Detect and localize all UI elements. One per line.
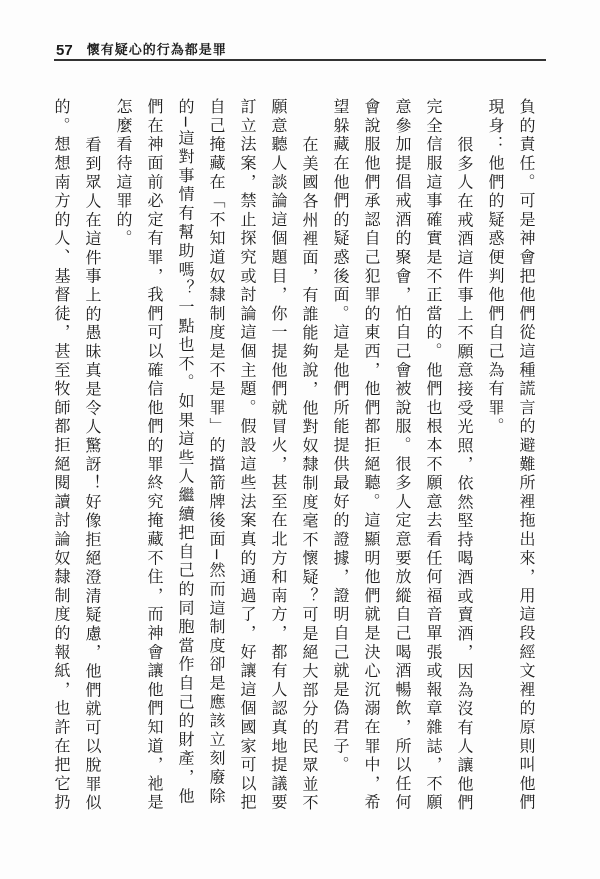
header-rule-divider (54, 59, 546, 61)
text-column-11: 自己掩藏在「不知道奴隸制度是不是罪」的擋箭牌後面─然而這制度卻是應該立刻廢除 (201, 98, 232, 818)
text-column-15-paragraph-start: 看到眾人在這件事上的愚昧真是令人驚訝！好像拒絕澄清疑慮，他們就可以脫罪似 (77, 98, 108, 818)
vertical-body-text: 負的責任。可是神會把他們從這種謊言的避難所裡拖出來，用這段經文裡的原則叫他們 現… (46, 98, 542, 818)
text-column-13: 們在神面前必定有罪，我們可以確信他們的罪終究掩藏不住，而神會讓他們知道，祂是 (139, 98, 170, 818)
text-column-14: 怎麼看待這罪的。 (108, 98, 139, 818)
text-column-8-paragraph-start: 在美國各州裡面，有誰能夠說，他對奴隸制度毫不懷疑？可是絕大部分的民眾並不 (294, 98, 325, 818)
book-page: 57 懷有疑心的行為都是罪 負的責任。可是神會把他們從這種謊言的避難所裡拖出來，… (0, 0, 600, 879)
chapter-title: 懷有疑心的行為都是罪 (87, 42, 227, 60)
text-column-6: 會說服他們承認自己犯罪的東西，他們都拒絕聽。這顯明他們就是決心沉溺在罪中，希 (356, 98, 387, 818)
text-column-5: 意參加提倡戒酒的聚會，怕自己會被說服。很多人定意要放縱自己喝酒暢飲，所以任何 (387, 98, 418, 818)
page-number: 57 (56, 42, 73, 60)
text-column-1: 負的責任。可是神會把他們從這種謊言的避難所裡拖出來，用這段經文裡的原則叫他們 (511, 98, 542, 818)
text-column-16: 的。想想南方的人、基督徒，甚至牧師都拒絕閱讀討論奴隸制度的報紙，也許在把它扔 (46, 98, 77, 818)
text-column-9: 願意聽人談論這個題目，你一提他們就冒火，甚至在北方和南方，都有人認真地提議要 (263, 98, 294, 818)
text-column-7: 望躲藏在他們的疑惑後面。這是他們所能提供最好的證據，證明自己就是偽君子。 (325, 98, 356, 818)
text-column-2: 現身：他們的疑惑便判他們自己為有罪。 (480, 98, 511, 818)
text-column-3-paragraph-start: 很多人在戒酒這件事上不願意接受光照，依然堅持喝酒或賣酒，因為沒有人讓他們 (449, 98, 480, 818)
text-column-10: 訂立法案，禁止探究或討論這個主題。假設這些法案真的通過了，好讓這個國家可以把 (232, 98, 263, 818)
text-column-4: 完全信服這事確實是不正當的。他們也根本不願意去看任何福音單張或報章雜誌，不願 (418, 98, 449, 818)
text-column-12: 的─這對事情有幫助嗎？一點也不。如果這些人繼續把自己的同胞當作自己的財產，他 (170, 98, 201, 818)
running-head: 57 懷有疑心的行為都是罪 (56, 38, 546, 60)
